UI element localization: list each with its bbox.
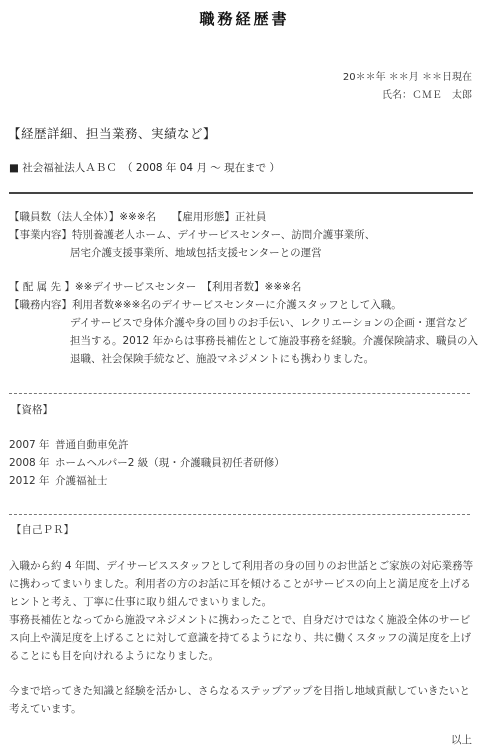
square-bullet-icon: ■ bbox=[9, 162, 19, 174]
closing-text: 以上 bbox=[451, 731, 472, 748]
self-pr-line: ヒントと考え、丁寧に仕事に取り組んでまいりました。 bbox=[9, 593, 272, 611]
qualification-year: 2008 年 bbox=[9, 454, 50, 472]
career-heading: 【経歴詳細、担当業務、実績など】 bbox=[8, 124, 216, 142]
job-duties-row-cont-1: デイサービスで身体介護や身の回りのお手伝い、レクリエーションの企画・運営など bbox=[70, 314, 467, 332]
self-pr-line: ス向上や満足度を上げることに対して意識を持てるようになり、共に働くスタッフの満足… bbox=[9, 629, 471, 647]
document-title: 職務経歴書 bbox=[0, 8, 489, 29]
qualification-name: ホームヘルパー2 級（現・介護職員初任者研修） bbox=[55, 454, 285, 472]
self-pr-line: 今まで培ってきた知識と経験を活かし、さらなるステップアップを目指し地域貢献してい… bbox=[9, 682, 470, 700]
self-pr-heading: 【自己ＰＲ】 bbox=[11, 521, 74, 539]
qualification-year: 2012 年 bbox=[9, 472, 50, 490]
self-pr-line: 考えています。 bbox=[9, 700, 82, 718]
applicant-name: 氏名：ＣＭＥ 太郎 bbox=[382, 86, 472, 101]
staff-count-row: 【職員数（法人全体）】※※※名 【雇用形態】正社員 bbox=[9, 208, 266, 226]
dashed-divider-1 bbox=[9, 393, 470, 394]
qualifications-heading: 【資格】 bbox=[11, 401, 53, 419]
qualification-year: 2007 年 bbox=[9, 436, 50, 454]
self-pr-line: に携わってまいりました。利用者の方のお話に耳を傾けることがサービスの向上と満足度… bbox=[9, 575, 471, 593]
date-line: 20＊＊年 ＊＊月 ＊＊日現在 bbox=[343, 68, 472, 83]
self-pr-line: ることにも目を向けれるようになりました。 bbox=[9, 647, 219, 665]
self-pr-line: 入職から約 4 年間、デイサービススタッフとして利用者の身の回りのお世話とご家族… bbox=[9, 557, 473, 575]
job-duties-row-cont-2: 担当する。2012 年からは事務長補佐として施設事務を経験。介護保険請求、職員の… bbox=[70, 332, 478, 350]
job-duties-row: 【職務内容】利用者数※※※名のデイサービスセンターに介護スタッフとして入職。 bbox=[9, 296, 402, 314]
self-pr-line: 事務長補佐となってから施設マネジメントに携わったことで、自身だけではなく施設全体… bbox=[9, 611, 470, 629]
company-line: ■ 社会福祉法人ＡＢＣ （ 2008 年 04 月 ～ 現在まで ） bbox=[9, 160, 280, 175]
qualification-name: 介護福祉士 bbox=[55, 472, 108, 490]
business-content-row-cont: 居宅介護支援事業所、地域包括支援センターとの運営 bbox=[70, 244, 322, 262]
business-content-row: 【事業内容】特別養護老人ホーム、デイサービスセンター、訪問介護事業所、 bbox=[9, 226, 375, 244]
department-row: 【 配 属 先 】※※デイサービスセンター 【利用者数】※※※名 bbox=[9, 278, 301, 296]
qualification-name: 普通自動車免許 bbox=[55, 436, 129, 454]
dashed-divider-2 bbox=[9, 514, 470, 515]
company-name: 社会福祉法人ＡＢＣ （ 2008 年 04 月 ～ 現在まで ） bbox=[22, 162, 280, 174]
job-duties-row-cont-3: 退職、社会保険手続など、施設マネジメントにも携わりました。 bbox=[70, 350, 374, 368]
solid-divider bbox=[9, 192, 473, 194]
